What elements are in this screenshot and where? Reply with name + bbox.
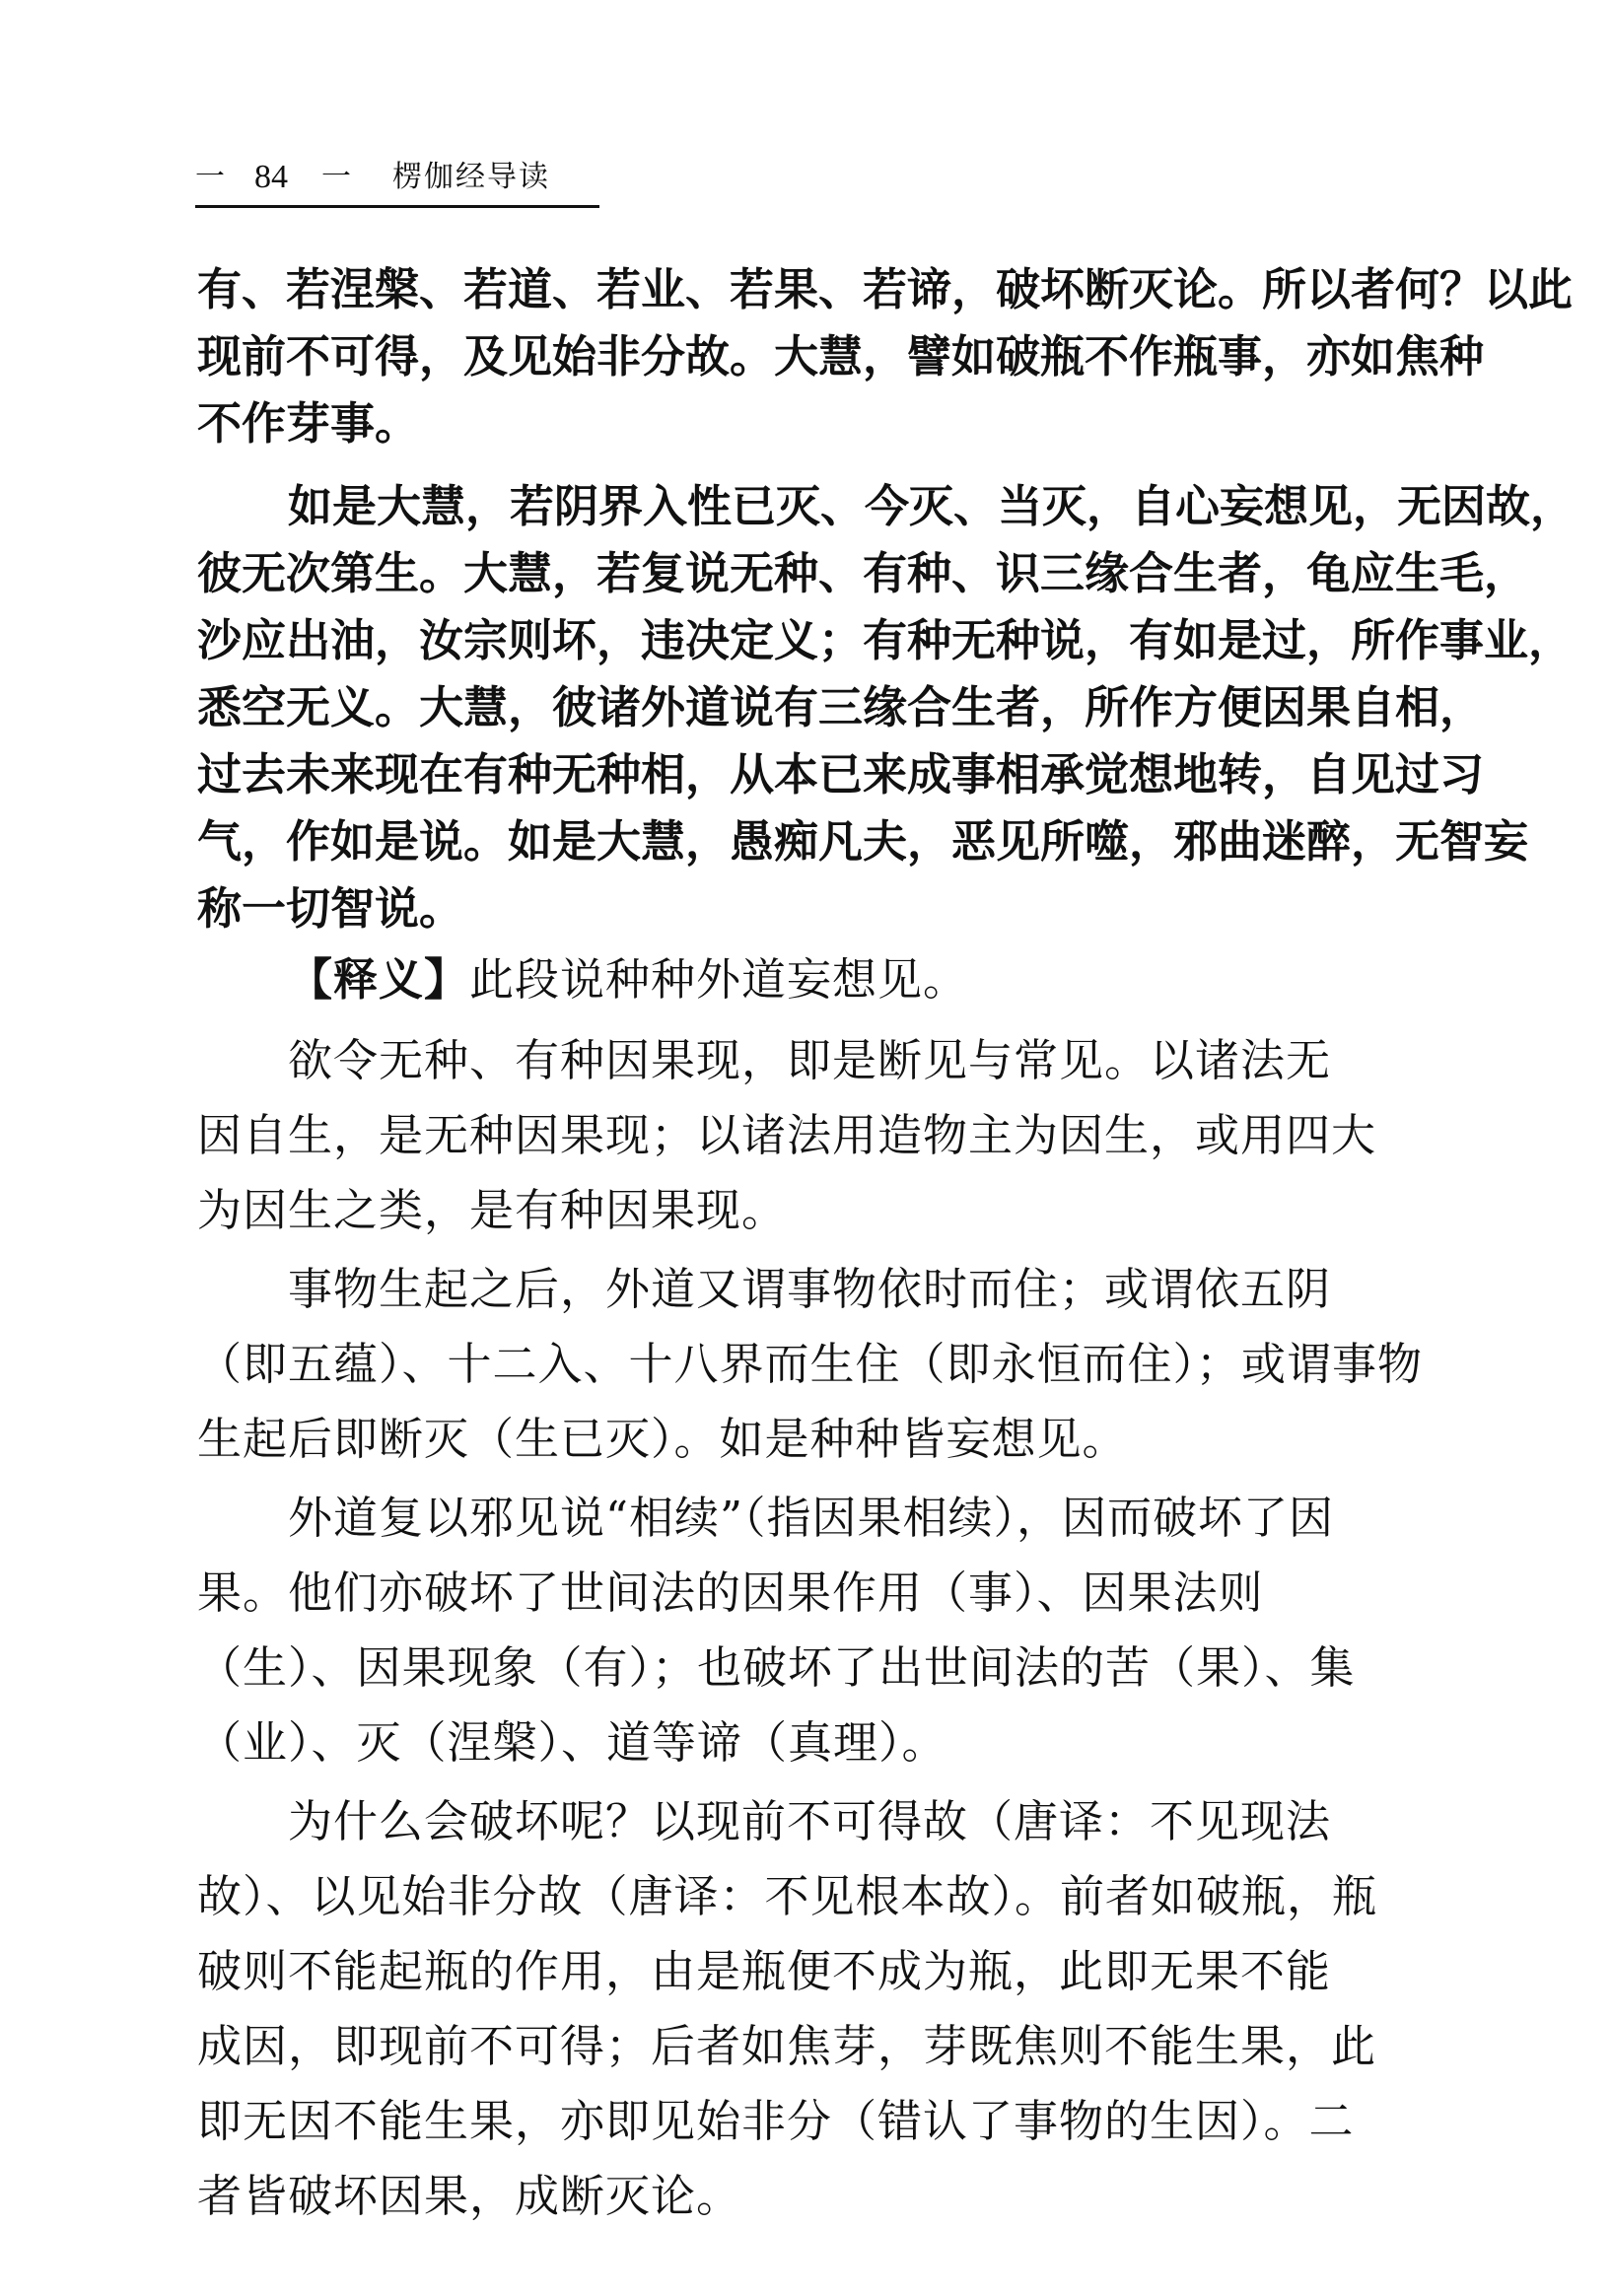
sutra-line: 气，作如是说。如是大慧，愚痴凡夫，恶见所噬，邪曲迷醉，无智妄 [197, 816, 1420, 868]
commentary-line: （业）、灭（涅槃）、道等谛（真理）。 [197, 1717, 1420, 1769]
commentary-line: 故）、以见始非分故（唐译：不见根本故）。前者如破瓶，瓶 [197, 1871, 1420, 1922]
commentary-line: 果。他们亦破坏了世间法的因果作用（事）、因果法则 [197, 1567, 1420, 1619]
commentary-line: 事物生起之后，外道又谓事物依时而住；或谓依五阴 [288, 1264, 1510, 1315]
sutra-line: 沙应出油，汝宗则坏，违决定义；有种无种说，有如是过，所作事业， [197, 615, 1420, 666]
commentary-line: 成因，即现前不可得；后者如焦芽，芽既焦则不能生果，此 [197, 2021, 1420, 2072]
commentary-line: 因自生，是无种因果现；以诸法用造物主为因生，或用四大 [197, 1110, 1420, 1161]
commentary-line: 者皆破坏因果，成断灭论。 [197, 2171, 1420, 2222]
header-dash-left: 一 [195, 160, 225, 195]
book-title: 楞伽经导读 [392, 160, 550, 195]
page-number: 84 [254, 160, 288, 195]
commentary-line: 外道复以邪见说“相续”（指因果相续），因而破坏了因 [288, 1493, 1510, 1544]
commentary-heading-text: 此段说种种外道妄想见。 [469, 953, 968, 1006]
sutra-line: 有、若涅槃、若道、若业、若果、若谛，破坏断灭论。所以者何？以此 [197, 264, 1420, 315]
sutra-line: 现前不可得，及见始非分故。大慧，譬如破瓶不作瓶事，亦如焦种 [197, 331, 1420, 383]
sutra-line: 悉空无义。大慧，彼诸外道说有三缘合生者，所作方便因果自相， [197, 682, 1420, 733]
header-dash-right: 一 [321, 160, 351, 195]
sutra-line: 彼无次第生。大慧，若复说无种、有种、识三缘合生者，龟应生毛， [197, 548, 1420, 599]
commentary-label: 【释义】 [288, 953, 469, 1006]
commentary-line: 破则不能起瓶的作用，由是瓶便不成为瓶，此即无果不能 [197, 1946, 1420, 1997]
sutra-line: 称一切智说。 [197, 883, 1420, 935]
sutra-line: 不作芽事。 [197, 398, 1420, 450]
commentary-line: 即无因不能生果，亦即见始非分（错认了事物的生因）。二 [197, 2096, 1420, 2147]
sutra-line: 过去未来现在有种无种相，从本已来成事相承觉想地转，自见过习 [197, 749, 1420, 800]
running-header: 一 84 一 楞伽经导读 [195, 158, 599, 208]
commentary-heading: 【释义】此段说种种外道妄想见。 [288, 954, 1510, 1006]
commentary-line: （即五蕴）、十二入、十八界而生住（即永恒而住）；或谓事物 [197, 1339, 1420, 1390]
commentary-line: 欲令无种、有种因果现，即是断见与常见。以诸法无 [288, 1035, 1510, 1086]
commentary-line: 为因生之类，是有种因果现。 [197, 1185, 1420, 1236]
commentary-line: 为什么会破坏呢？以现前不可得故（唐译：不见现法 [288, 1796, 1510, 1847]
commentary-line: （生）、因果现象（有）；也破坏了出世间法的苦（果）、集 [197, 1642, 1420, 1694]
sutra-line: 如是大慧，若阴界入性已灭、今灭、当灭，自心妄想见，无因故， [288, 481, 1510, 532]
commentary-line: 生起后即断灭（生已灭）。如是种种皆妄想见。 [197, 1414, 1420, 1465]
